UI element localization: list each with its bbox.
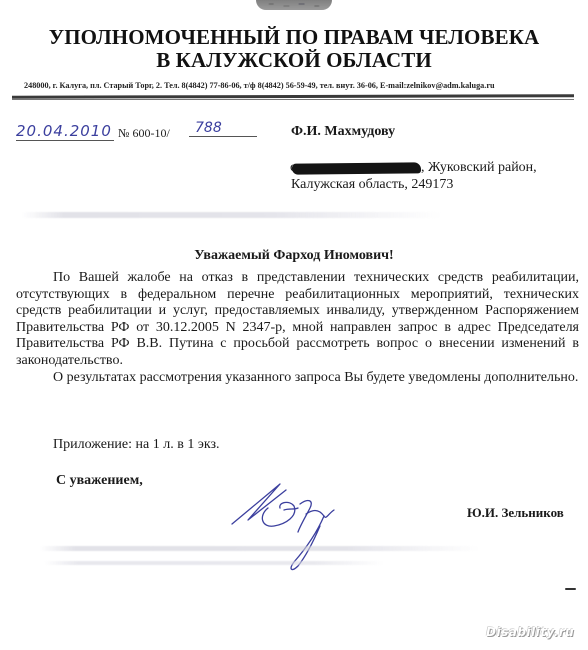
coat-of-arms-icon xyxy=(256,0,332,10)
org-title-line1: УПОЛНОМОЧЕННЫЙ ПО ПРАВАМ ЧЕЛОВЕКА xyxy=(0,26,588,48)
signer-name: Ю.И. Зельников xyxy=(467,505,564,521)
attachment-note: Приложение: на 1 л. в 1 экз. xyxy=(53,437,220,453)
recipient-name: Ф.И. Махмудову xyxy=(291,124,395,140)
recipient-address-line2: Калужская область, 249173 xyxy=(291,177,453,193)
letter-body: По Вашей жалобе на отказ в представлении… xyxy=(16,270,579,386)
body-paragraph: По Вашей жалобе на отказ в представлении… xyxy=(16,270,579,370)
signature-icon xyxy=(228,480,388,585)
watermark: Disability.ru xyxy=(486,625,574,639)
salutation: Уважаемый Фарход Иномович! xyxy=(0,248,588,264)
scan-speck xyxy=(565,588,576,590)
handwritten-date: 20.04.2010 xyxy=(16,122,114,141)
letterhead-divider-thin xyxy=(12,99,574,100)
bleed-through-text xyxy=(40,546,480,551)
registration-number-label: № 600-10/ xyxy=(118,126,170,141)
redaction-mark xyxy=(292,162,421,174)
bleed-through-text xyxy=(44,561,384,565)
closing: С уважением, xyxy=(56,473,143,489)
org-title-line2: В КАЛУЖСКОЙ ОБЛАСТИ xyxy=(0,49,588,71)
body-paragraph: О результатах рассмотрения указанного за… xyxy=(16,370,579,387)
recipient-address-line1: , Жуковский район, xyxy=(421,160,537,176)
bleed-through-text xyxy=(22,212,442,218)
contact-info: 248000, г. Калуга, пл. Старый Торг, 2. Т… xyxy=(24,81,579,90)
handwritten-registration-number: 788 xyxy=(189,120,257,137)
